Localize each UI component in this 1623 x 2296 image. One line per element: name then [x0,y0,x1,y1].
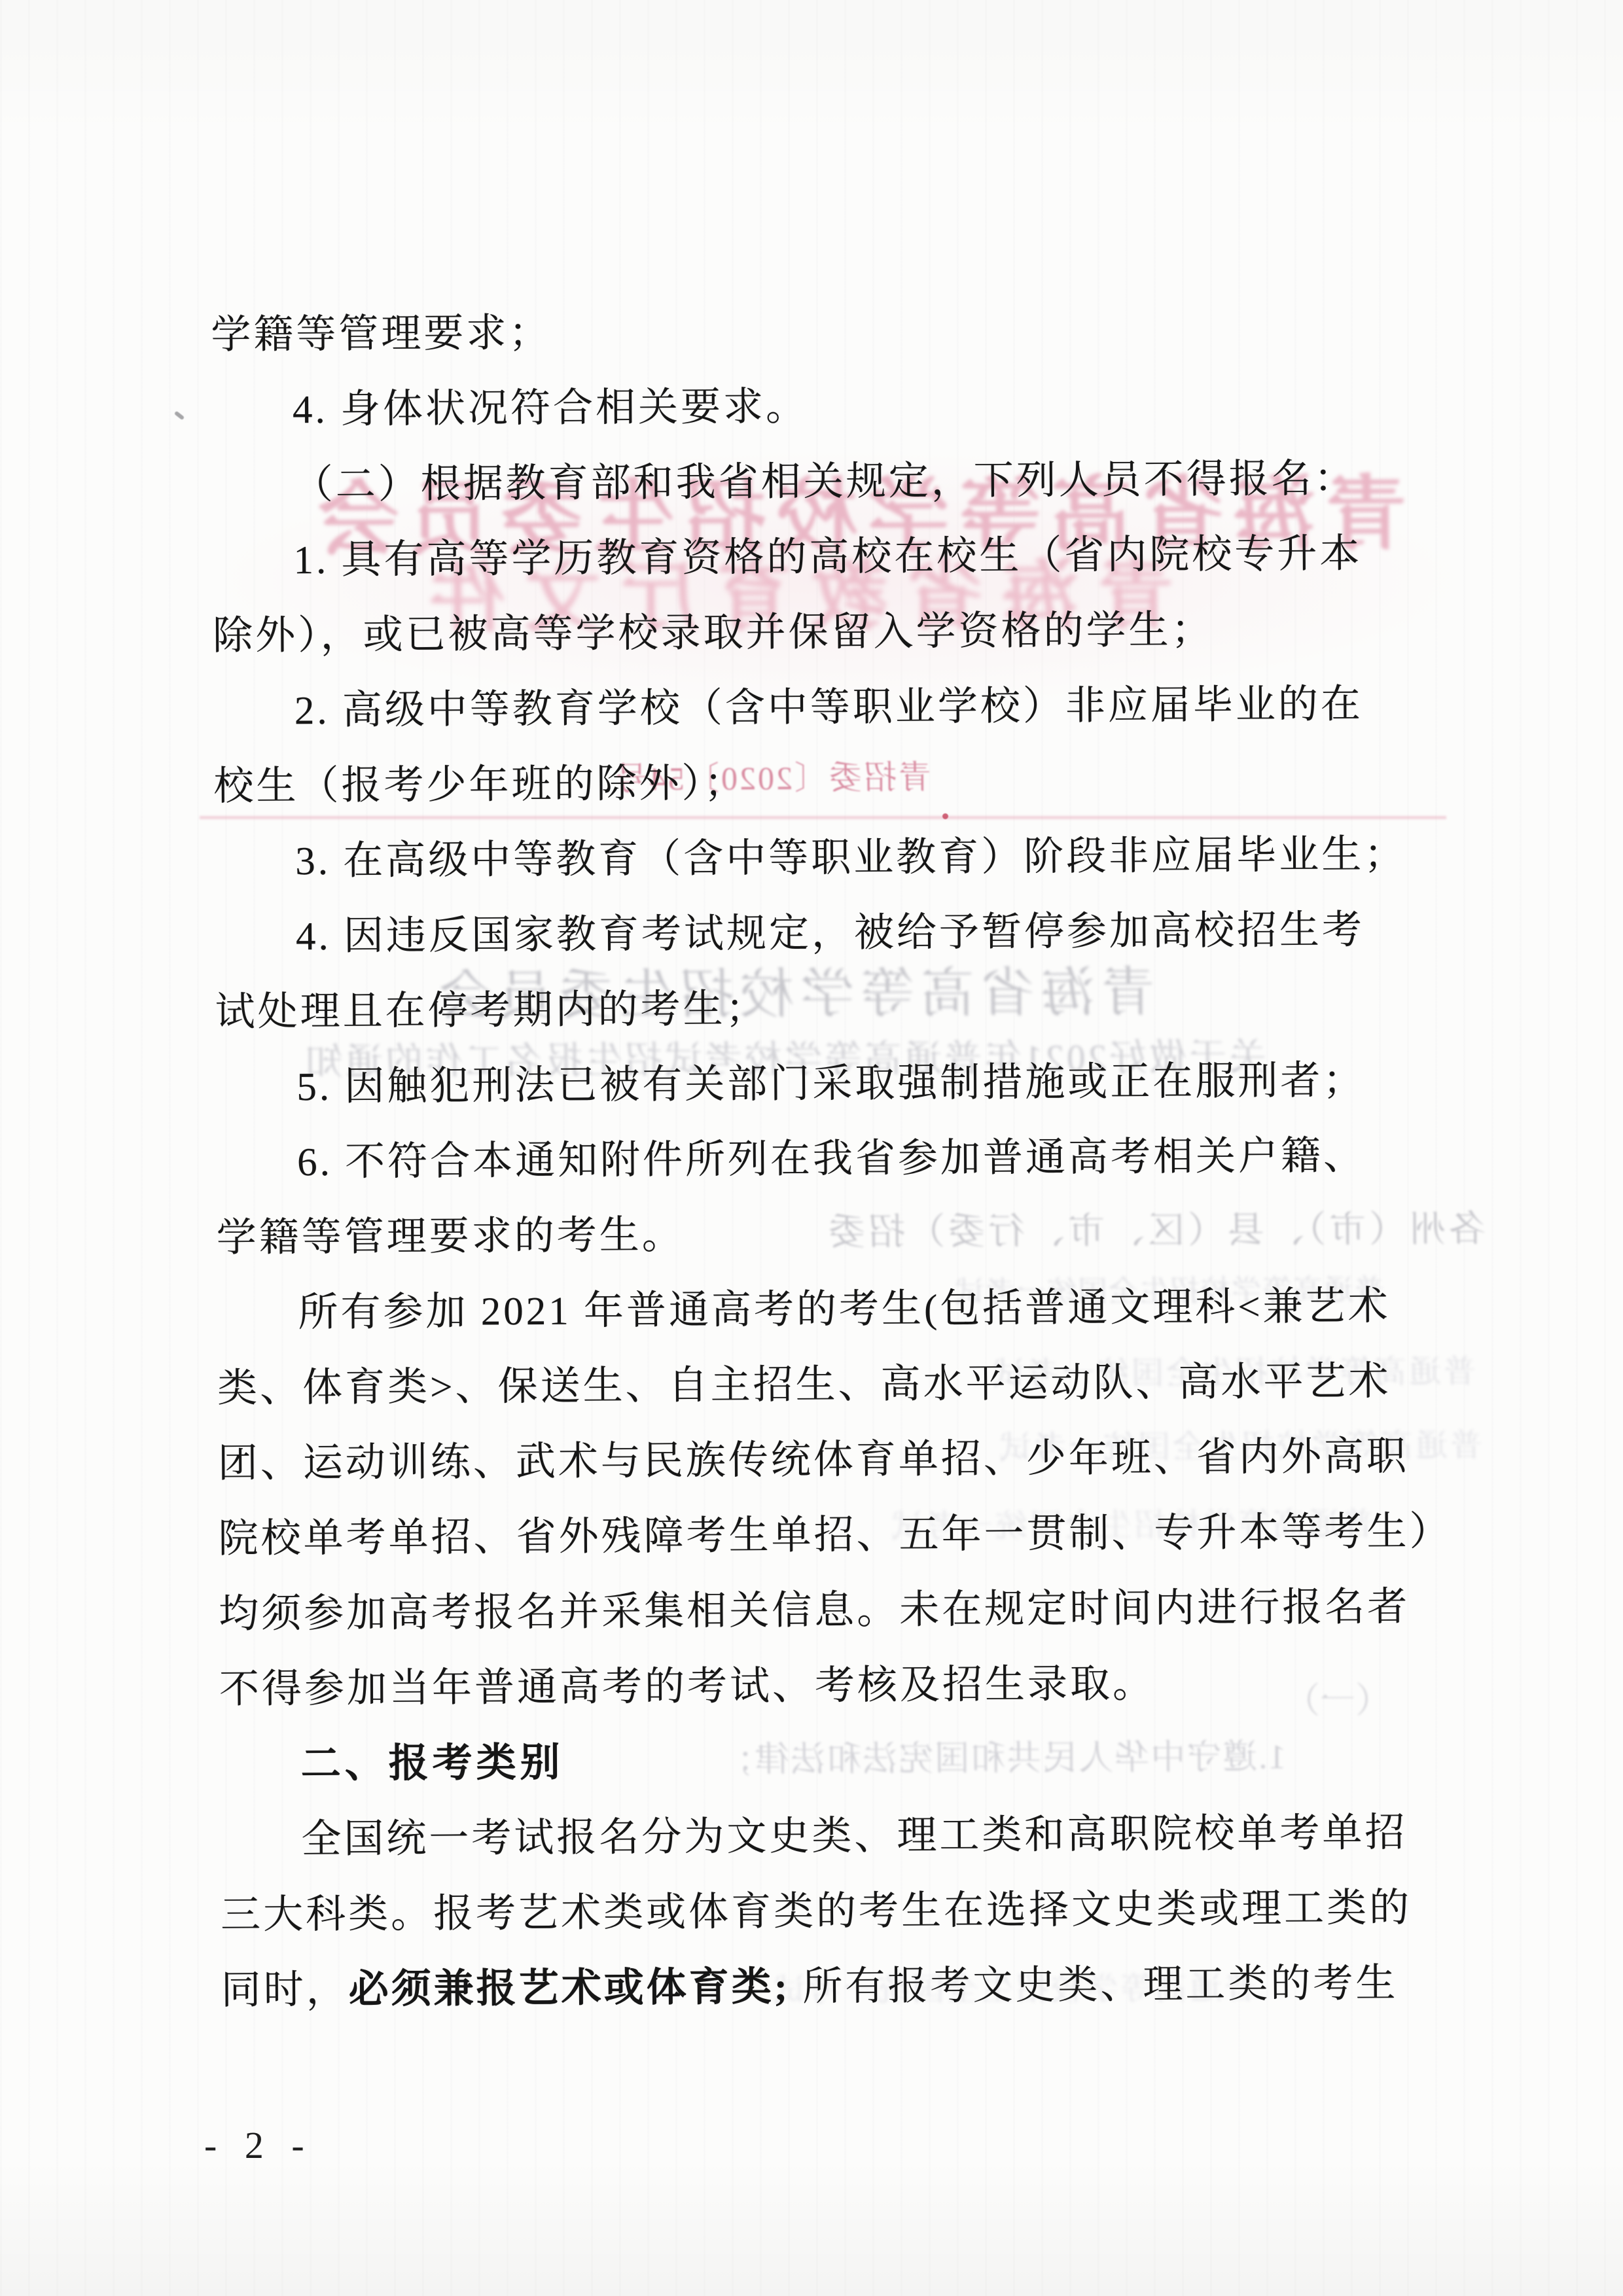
text-line: （二）根据教育部和我省相关规定，下列人员不得报名： [211,441,1423,523]
text-line: 团、运动训练、武术与民族传统体育单招、少年班、省内外高职 [218,1419,1429,1502]
text-line: 5. 因触犯刑法已被有关部门采取强制措施或正在服刑者； [215,1043,1427,1125]
text-line: 3. 在高级中等教育（含中等职业教育）阶段非应届毕业生； [214,817,1425,900]
text-segment: 所有报考文史类、理工类的考生 [802,1962,1398,2009]
bold-text-segment: 必须兼报艺术或体育类; [349,1966,791,2012]
text-line: 全国统一考试报名分为文史类、理工类和高职院校单考单招 [220,1795,1431,1878]
text-line: 所有参加 2021 年普通高考的考生(包括普通文理科<兼艺术 [217,1269,1428,1351]
text-line: 院校单考单招、省外残障考生单招、五年一贯制、专升本等考生） [218,1494,1429,1577]
section-heading: 二、报考类别 [219,1720,1431,1803]
text-line: 1. 具有高等学历教育资格的高校在校生（省内院校专升本 [212,516,1423,599]
text-line: 不得参加当年普通高考的考试、考核及招生录取。 [219,1645,1431,1727]
text-line: 2. 高级中等教育学校（含中等职业学校）非应届毕业的在 [213,667,1425,749]
text-line: 4. 身体状况符合相关要求。 [211,366,1423,448]
text-line: 学籍等管理要求的考生。 [216,1193,1427,1276]
text-line: 4. 因违反国家教育考试规定，被给予暂停参加高校招生考 [215,892,1426,975]
scanned-document-page: 青海省高等学校招生委员会 青海省教育厅文件 青招委〔2020〕54号 青海省高等… [0,0,1623,2296]
scan-speck [174,411,185,421]
text-segment: 同时， [221,1968,349,2013]
text-line: 试处理且在停考期内的考生； [215,968,1426,1050]
text-line: 6. 不符合本通知附件所列在我省参加普通高考相关户籍、 [216,1118,1427,1201]
text-line: 校生（报考少年班的除外）； [213,742,1425,824]
text-line: 类、体育类>、保送生、自主招生、高水平运动队、高水平艺术 [217,1344,1429,1426]
text-line: 三大科类。报考艺术类或体育类的考生在选择文史类或理工类的 [221,1871,1432,1953]
text-line: 学籍等管理要求； [211,291,1422,373]
text-line-mixed: 同时，必须兼报艺术或体育类; 所有报考文史类、理工类的考生 [221,1946,1432,2028]
text-line: 均须参加高考报名并采集相关信息。未在规定时间内进行报名者 [219,1570,1430,1652]
text-line: 除外），或已被高等学校录取并保留入学资格的学生； [213,592,1424,674]
page-number: - 2 - [204,2123,313,2167]
document-body: 学籍等管理要求； 4. 身体状况符合相关要求。 （二）根据教育部和我省相关规定，… [211,291,1432,2028]
